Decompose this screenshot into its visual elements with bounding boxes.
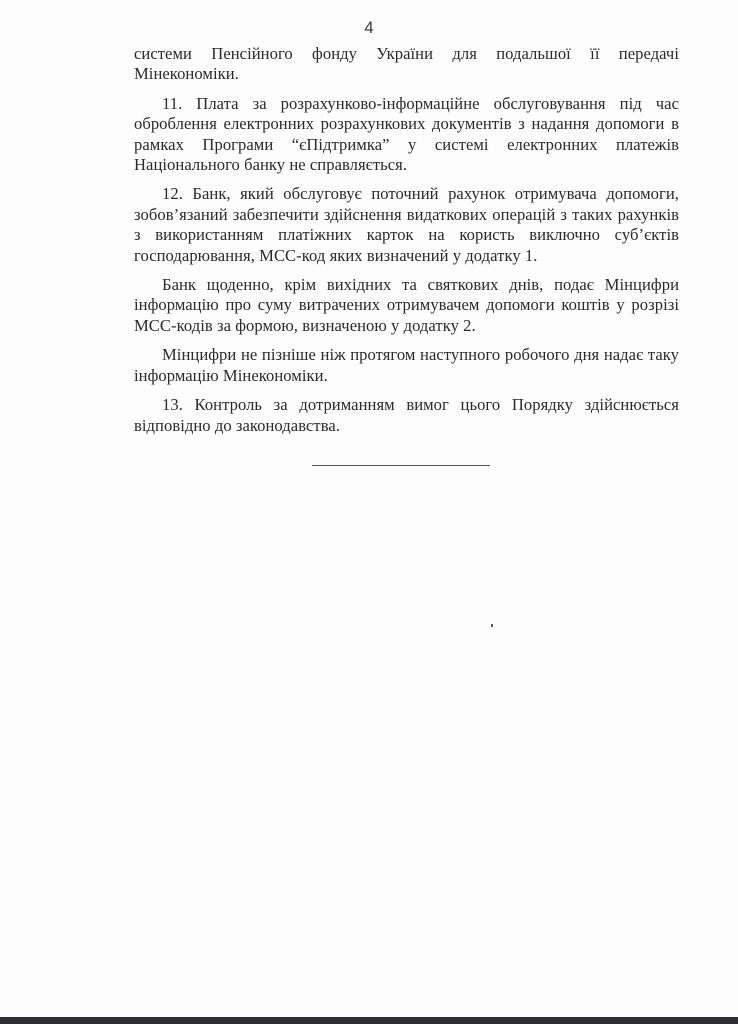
page-number: 4 xyxy=(0,18,738,38)
end-separator-line xyxy=(312,465,490,466)
scan-bottom-edge xyxy=(0,1017,738,1024)
paragraph-mintsyfry-report: Мінцифри не пізніше ніж протягом наступн… xyxy=(134,345,679,386)
paragraph-bank-daily-report: Банк щоденно, крім вихідних та святкових… xyxy=(134,275,679,336)
paragraph-item-11: 11. Плата за розрахунково-інформаційне о… xyxy=(134,94,679,176)
paragraph-continuation: системи Пенсійного фонду України для под… xyxy=(134,44,679,85)
scan-speck xyxy=(491,624,493,627)
paragraph-item-12: 12. Банк, який обслуговує поточний рахун… xyxy=(134,184,679,266)
document-body: системи Пенсійного фонду України для под… xyxy=(134,44,679,445)
document-page: 4 системи Пенсійного фонду України для п… xyxy=(0,0,738,1016)
paragraph-item-13: 13. Контроль за дотриманням вимог цього … xyxy=(134,395,679,436)
